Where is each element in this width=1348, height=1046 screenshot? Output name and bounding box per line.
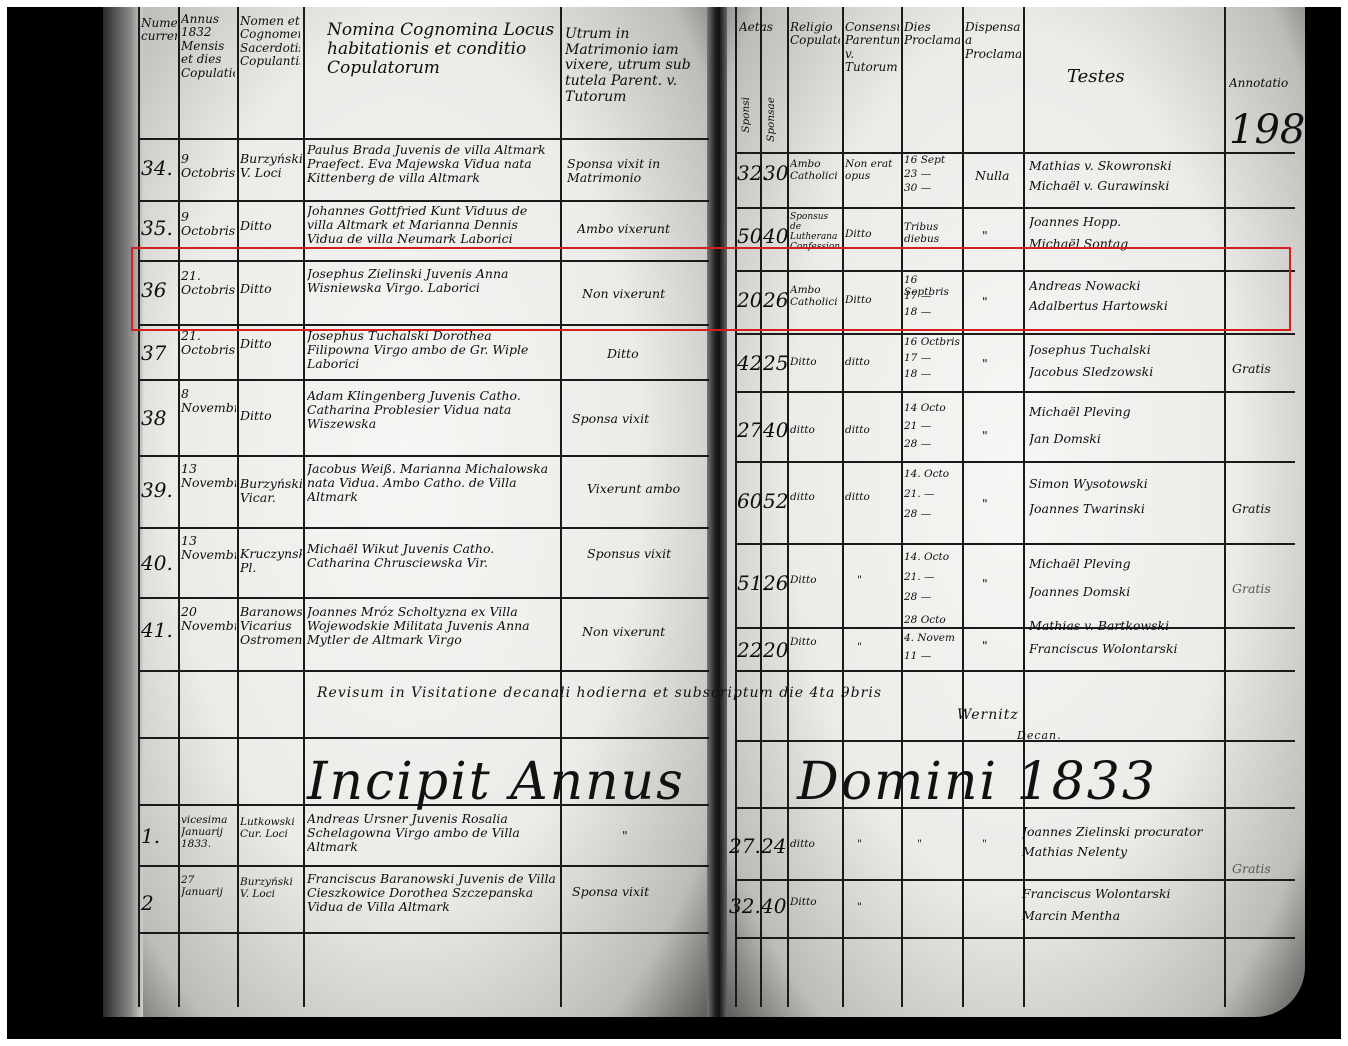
annotation: Gratis: [1232, 582, 1292, 596]
rule-v: [237, 7, 239, 1007]
entry-names: Josephus Tuchalski Dorothea Filipowna Vi…: [307, 329, 557, 371]
age-groom: 60: [737, 490, 762, 512]
rule-h: [138, 527, 709, 529]
witness: Mathias v. Skowronski: [1029, 159, 1221, 173]
rule-h: [735, 740, 1295, 742]
rule-v: [560, 7, 562, 1007]
header-aetas-sponsi: Sponsi: [741, 97, 759, 133]
banns-date: 11 —: [904, 651, 960, 663]
age-groom: 27.: [729, 835, 761, 857]
header-dispensatio: Dispensatio a Proclamationibus: [965, 21, 1021, 61]
entry-status: Sponsus vixit: [587, 547, 705, 561]
age-groom: 20: [737, 289, 762, 311]
rule-h: [138, 455, 709, 457]
entry-date: 21. Octobris: [181, 329, 236, 357]
entry-date: 20 Novembris: [181, 605, 236, 633]
dispensation: ": [982, 497, 1022, 511]
banns-date: 28 —: [904, 509, 960, 521]
entry-priest: Ditto: [240, 282, 302, 296]
header-date: Annus 1832 Mensis et dies Copulationis: [181, 13, 235, 80]
entry-names: Jacobus Weiß. Marianna Michalowska nata …: [307, 462, 557, 504]
religion: Ambo Catholici: [790, 285, 840, 309]
entry-priest: Burzyński V. Loci: [240, 877, 302, 901]
consent: ditto: [845, 357, 900, 369]
rule-h: [735, 333, 1295, 335]
visitation-note: Revisum in Visitatione decanali hodierna…: [317, 685, 1297, 701]
entry-date: 9 Octobris: [181, 210, 236, 238]
entry-status: Non vixerunt: [582, 287, 705, 301]
entry-number: 40.: [141, 552, 173, 574]
entry-priest: Ditto: [240, 337, 302, 351]
header-status: Utrum in Matrimonio iam vixere, utrum su…: [565, 27, 705, 105]
rule-h: [138, 670, 709, 672]
entry-number: 34.: [141, 157, 173, 179]
witness: Franciscus Wolontarski: [1029, 642, 1221, 656]
entry-date: 21. Octobris: [181, 269, 236, 297]
religion: ditto: [790, 839, 840, 851]
entry-number: 35.: [141, 217, 173, 239]
rule-v: [842, 7, 844, 1007]
entry-number: 41.: [141, 619, 173, 641]
consent: ": [857, 902, 897, 914]
rule-v: [962, 7, 964, 1007]
age-bride: 20: [763, 639, 788, 661]
witness: Joannes Hopp.: [1029, 215, 1221, 229]
year-heading-right: Domini 1833: [797, 752, 1157, 812]
entry-number: 36: [141, 279, 166, 301]
banns-date: ": [917, 839, 957, 851]
age-bride: 52: [763, 490, 788, 512]
entry-status: Non vixerunt: [582, 625, 705, 639]
dispensation: ": [982, 229, 1022, 243]
religion: ditto: [790, 425, 840, 437]
previous-page-edge: [103, 7, 143, 1017]
scanned-register-image: Numerus currens Annus 1832 Mensis et die…: [7, 7, 1341, 1039]
year-heading-left: Incipit Annus: [307, 752, 685, 812]
witness: Michaël Sontag: [1029, 237, 1221, 251]
age-groom: 42: [737, 352, 762, 374]
entry-date: vicesima Januarij 1833.: [181, 815, 236, 850]
banns-date: Tribus diebus: [904, 222, 960, 246]
rule-h: [138, 379, 709, 381]
witness: Jan Domski: [1029, 432, 1221, 446]
entry-number: 2: [141, 892, 154, 914]
witness: Mathias Nelenty: [1022, 845, 1222, 859]
entry-names: Michaël Wikut Juvenis Catho. Catharina C…: [307, 542, 557, 570]
dispensation: ": [982, 577, 1022, 591]
entry-names: Johannes Gottfried Kunt Viduus de villa …: [307, 204, 557, 246]
age-bride: 40: [761, 895, 786, 917]
rule-h: [735, 461, 1295, 463]
banns-date: 17 —: [904, 291, 960, 303]
entry-date: 13 Novembris: [181, 534, 236, 562]
entry-status: Ditto: [607, 347, 705, 361]
entry-status: ": [622, 829, 662, 843]
religion: Sponsus de Lutherana Confessione: [790, 212, 840, 252]
witness: Franciscus Wolontarski: [1022, 887, 1222, 901]
rule-v: [303, 7, 305, 1007]
age-groom: 50: [737, 225, 762, 247]
entry-status: Vixerunt ambo: [587, 482, 705, 496]
entry-priest: Lutkowski Cur. Loci: [240, 817, 302, 841]
witness: Jacobus Sledzowski: [1029, 365, 1221, 379]
entry-priest: Kruczynski Pl.: [240, 547, 302, 575]
rule-v: [138, 7, 140, 1007]
header-religio: Religio Copulatorum: [790, 21, 840, 48]
consent: Ditto: [845, 229, 900, 241]
dispensation: ": [982, 639, 1022, 653]
header-numerus: Numerus currens: [141, 17, 177, 44]
consent: ": [857, 575, 897, 587]
age-bride: 25: [763, 352, 788, 374]
entry-names: Paulus Brada Juvenis de villa Altmark Pr…: [307, 143, 557, 185]
witness: Simon Wysotowski: [1029, 477, 1221, 491]
entry-names: Adam Klingenberg Juvenis Catho. Catharin…: [307, 389, 557, 431]
annotation: Gratis: [1232, 502, 1292, 516]
entry-priest: Baranowski Vicarius Ostromensis: [240, 605, 302, 647]
banns-date: 16 Octbris: [904, 337, 960, 349]
religion: Ambo Catholici: [790, 159, 840, 183]
age-bride: 24: [761, 835, 786, 857]
entry-priest: Burzyński Vicar.: [240, 477, 302, 505]
header-aetas-sponsae: Sponsae: [766, 97, 784, 142]
religion: ditto: [790, 492, 840, 504]
rule-h: [735, 152, 1295, 154]
header-consensus: Consensus Parentum v. Tutorum: [845, 21, 899, 75]
header-names: Nomina Cognomina Locus habitationis et c…: [327, 21, 557, 78]
banns-date: 14. Octo: [904, 552, 960, 564]
banns-date: 23 —: [904, 169, 960, 181]
rule-v: [901, 7, 903, 1007]
header-annotatio: Annotatio: [1229, 77, 1299, 90]
rule-h: [735, 391, 1295, 393]
witness: Joannes Twarinski: [1029, 502, 1221, 516]
banns-date: 30 —: [904, 183, 960, 195]
witness: Michaël Pleving: [1029, 557, 1221, 571]
witness: Adalbertus Hartowski: [1029, 299, 1221, 313]
banns-date: 21. —: [904, 572, 960, 584]
entry-names: Andreas Ursner Juvenis Rosalia Schelagow…: [307, 812, 557, 854]
banns-date: 14. Octo: [904, 469, 960, 481]
annotation: Gratis: [1232, 862, 1292, 876]
witness: Marcin Mentha: [1022, 909, 1222, 923]
page-number: 198: [1229, 107, 1305, 153]
dispensation: ": [982, 295, 1022, 309]
rule-h: [138, 200, 709, 202]
entry-names: Franciscus Baranowski Juvenis de Villa C…: [307, 872, 557, 914]
witness: Michaël Pleving: [1029, 405, 1221, 419]
rule-h: [138, 597, 709, 599]
consent: Ditto: [845, 295, 900, 307]
banns-date: 21. —: [904, 489, 960, 501]
banns-date: 28 —: [904, 439, 960, 451]
banns-date: 18 —: [904, 307, 960, 319]
banns-date: 28 Octo: [904, 615, 960, 627]
witness: Joannes Domski: [1029, 585, 1221, 599]
header-testes: Testes: [1067, 67, 1207, 87]
entry-date: 9 Octobris: [181, 152, 236, 180]
religion: Ditto: [790, 575, 840, 587]
rule-h: [138, 737, 709, 739]
rule-h: [735, 270, 1295, 272]
visitation-signature: Wernitz: [957, 707, 1019, 723]
header-proclamatio: Dies Proclamationum: [904, 21, 960, 48]
age-groom: 22: [737, 639, 762, 661]
entry-priest: Ditto: [240, 409, 302, 423]
annotation: Gratis: [1232, 362, 1292, 376]
header-priest: Nomen et Cognomen Sacerdotis Copulantis: [240, 15, 300, 69]
religion: Ditto: [790, 357, 840, 369]
consent: ditto: [845, 492, 900, 504]
witness: Michaël v. Gurawinski: [1029, 179, 1221, 193]
age-groom: 32.: [729, 895, 761, 917]
age-bride: 40: [763, 225, 788, 247]
banns-date: 14 Octo: [904, 403, 960, 415]
banns-date: 16 Sept: [904, 155, 960, 167]
entry-priest: Burzyński V. Loci: [240, 152, 302, 180]
consent: ": [857, 839, 897, 851]
visitation-title: Decan.: [1017, 729, 1062, 742]
consent: ": [857, 642, 897, 654]
dispensation: ": [982, 357, 1022, 371]
entry-number: 1.: [141, 825, 160, 847]
witness: Joannes Zielinski procurator: [1022, 825, 1222, 839]
age-groom: 27: [737, 419, 762, 441]
rule-h: [138, 260, 709, 262]
religion: Ditto: [790, 637, 840, 649]
rule-h: [735, 879, 1295, 881]
entry-number: 39.: [141, 479, 173, 501]
entry-names: Josephus Zielinski Juvenis Anna Wisniews…: [307, 267, 557, 295]
entry-number: 37: [141, 342, 166, 364]
witness: Andreas Nowacki: [1029, 279, 1221, 293]
entry-number: 38: [141, 407, 166, 429]
banns-date: 17 —: [904, 353, 960, 365]
header-aetas: Aetas: [739, 21, 779, 34]
banns-date: 4. Novem: [904, 633, 960, 645]
entry-date: 8 Novembris: [181, 387, 236, 415]
entry-status: Sponsa vixit: [572, 412, 705, 426]
rule-h: [735, 937, 1295, 939]
entry-names: Joannes Mróz Scholtyzna ex Villa Wojewod…: [307, 605, 557, 647]
entry-status: Ambo vixerunt: [577, 222, 705, 236]
dispensation: ": [982, 429, 1022, 443]
witness: Mathias v. Bartkowski: [1029, 619, 1221, 633]
entry-status: Sponsa vixit: [572, 885, 705, 899]
age-bride: 30: [763, 162, 788, 184]
entry-date: 27 Januarij: [181, 875, 236, 899]
consent: ditto: [845, 425, 900, 437]
rule-v: [1224, 7, 1226, 1007]
entry-date: 13 Novembris: [181, 462, 236, 490]
entry-status: Sponsa vixit in Matrimonio: [567, 157, 705, 185]
witness: Josephus Tuchalski: [1029, 343, 1221, 357]
entry-priest: Ditto: [240, 219, 302, 233]
rule-h: [138, 138, 709, 140]
rule-h: [138, 324, 709, 326]
rule-h: [735, 207, 1295, 209]
age-bride: 40: [763, 419, 788, 441]
dispensation: Nulla: [975, 169, 1021, 183]
rule-v: [178, 7, 180, 1007]
dispensation: ": [982, 839, 1022, 851]
religion: Ditto: [790, 897, 840, 909]
age-bride: 26: [763, 289, 788, 311]
rule-h: [735, 670, 1295, 672]
banns-date: 21 —: [904, 421, 960, 433]
banns-date: 18 —: [904, 369, 960, 381]
banns-date: 28 —: [904, 592, 960, 604]
consent: Non erat opus: [845, 159, 900, 183]
rule-h: [138, 865, 709, 867]
rule-h: [138, 932, 709, 934]
rule-h: [735, 543, 1295, 545]
age-bride: 26: [763, 572, 788, 594]
book-gutter: [707, 7, 727, 1017]
